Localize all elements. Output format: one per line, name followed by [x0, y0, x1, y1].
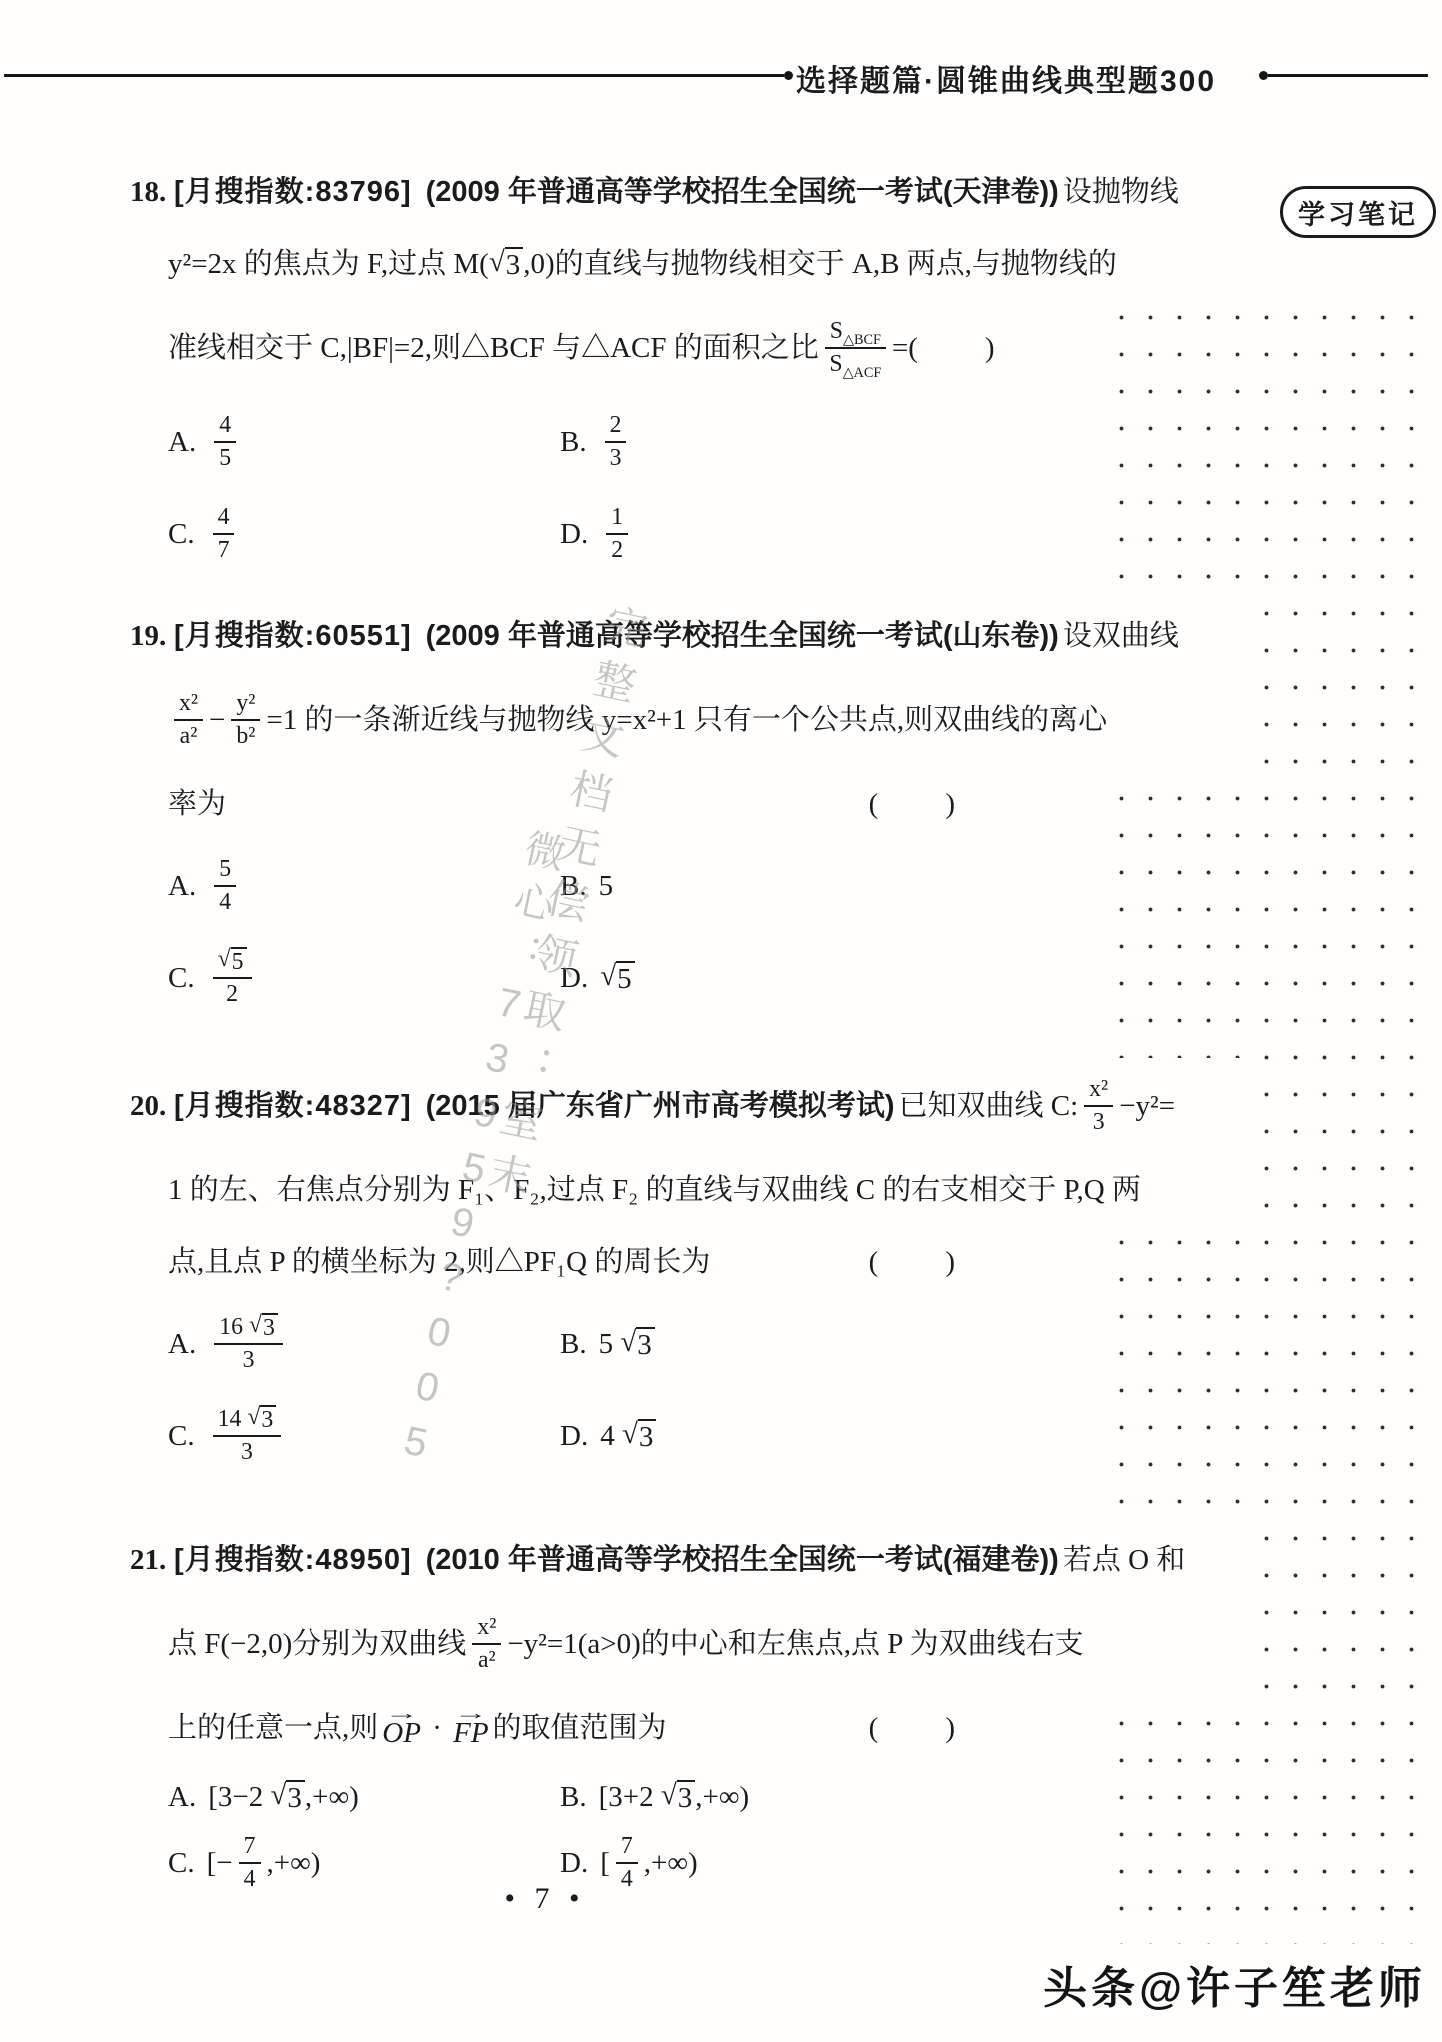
radical-sign: √ — [247, 1405, 260, 1430]
option-label: D. — [560, 962, 588, 995]
square-root: √3 — [247, 1405, 276, 1433]
option-D: D.4 √3 — [560, 1419, 656, 1452]
vector: →FP — [453, 1708, 488, 1748]
option-value: 4 √3 — [600, 1419, 656, 1452]
fraction-denominator: b² — [236, 721, 255, 750]
square-root: √3 — [249, 1313, 278, 1341]
option-C: C.14 √33 — [168, 1405, 560, 1466]
fraction-denominator: S△ACF — [829, 349, 881, 378]
fraction-denominator: 3 — [1093, 1107, 1105, 1136]
subscripted-symbol: S△ACF — [829, 351, 881, 378]
option-value: 45 — [208, 412, 242, 473]
question-line: y²=2x 的焦点为 F,过点 M(√3,0)的直线与抛物线相交于 A,B 两点… — [130, 228, 1248, 300]
options-row: C.14 √33D.4 √3 — [130, 1390, 960, 1482]
fraction-denominator: 4 — [219, 887, 231, 916]
square-root: √5 — [218, 947, 247, 975]
fraction: x²a² — [472, 1614, 501, 1675]
option-label: B. — [560, 870, 587, 903]
question-number: 21. — [130, 1542, 174, 1578]
page-title: 选择题篇·圆锥曲线典型题300 — [796, 56, 1216, 100]
answer-bracket: ( ) — [908, 330, 995, 366]
answer-bracket: ( ) — [869, 786, 956, 822]
question-text: x²a²−y²b²=1 的一条渐近线与抛物线 y=x²+1 只有一个公共点,则双… — [168, 690, 1107, 751]
subscripted-symbol: S△BCF — [830, 318, 881, 345]
question-text: 已知双曲线 C:x²3−y²= — [899, 1076, 1176, 1137]
options-row: A.16 √33B.5 √3 — [130, 1298, 960, 1390]
option-A: A.[3−2 √3,+∞) — [168, 1780, 560, 1813]
question-line: 上的任意一点,则→OP · →FP的取值范围为( ) — [130, 1692, 960, 1764]
option-label: B. — [560, 1781, 587, 1814]
fraction-numerator: 4 — [214, 412, 236, 443]
fraction: 47 — [213, 504, 235, 565]
fraction-numerator: √5 — [213, 947, 252, 979]
search-index-tag: [月搜指数:48950] — [174, 1542, 412, 1578]
radical-sign: √ — [489, 247, 505, 277]
fraction-denominator: 2 — [611, 535, 623, 564]
fraction: 54 — [214, 856, 236, 917]
option-A: A.54 — [168, 856, 560, 917]
radicand: 3 — [636, 1327, 655, 1360]
vector-arrow-icon: → — [454, 1708, 488, 1719]
option-value: [3+2 √3,+∞) — [599, 1780, 750, 1813]
square-root: √3 — [622, 1419, 656, 1452]
options-row: A.45B.23 — [130, 396, 960, 488]
fraction-denominator: a² — [478, 1645, 496, 1674]
question-line: 点,且点 P 的横坐标为 2,则△PF₁Q 的周长为( ) — [130, 1226, 960, 1298]
fraction: S△BCFS△ACF — [825, 318, 886, 379]
vector: →OP — [382, 1708, 421, 1748]
question-text: 上的任意一点,则→OP · →FP的取值范围为 — [168, 1708, 667, 1748]
square-root: √3 — [489, 247, 523, 280]
vector-body: OP — [382, 1719, 421, 1748]
question-text: y²=2x 的焦点为 F,过点 M(√3,0)的直线与抛物线相交于 A,B 两点… — [168, 246, 1117, 282]
fraction-numerator: 4 — [213, 504, 235, 535]
square-root: √3 — [270, 1780, 304, 1813]
option-value: 23 — [599, 412, 633, 473]
exam-source: (2010 年普通高等学校招生全国统一考试(福建卷)) — [426, 1542, 1059, 1578]
square-root: √3 — [661, 1780, 695, 1813]
option-value: 16 √33 — [208, 1313, 289, 1374]
fraction-denominator: 3 — [243, 1345, 255, 1374]
fraction-numerator: y² — [231, 690, 260, 721]
option-label: B. — [560, 1328, 587, 1361]
radicand: 3 — [262, 1313, 278, 1341]
fraction-numerator: x² — [472, 1614, 501, 1645]
option-label: C. — [168, 518, 195, 551]
answer-bracket: ( ) — [869, 1710, 956, 1746]
question-19: 19.[月搜指数:60551](2009 年普通高等学校招生全国统一考试(山东卷… — [130, 600, 1250, 1024]
fraction: 45 — [214, 412, 236, 473]
fraction: 16 √33 — [214, 1313, 283, 1374]
question-line: 点 F(−2,0)分别为双曲线x²a²−y²=1(a>0)的中心和左焦点,点 P… — [130, 1596, 1248, 1692]
fraction-numerator: 16 √3 — [214, 1313, 283, 1345]
option-label: D. — [560, 1420, 588, 1453]
fraction-numerator: 2 — [605, 412, 627, 443]
header-rule-left — [4, 74, 784, 77]
options-row: A.54B.5 — [130, 840, 960, 932]
radicand: 3 — [260, 1405, 276, 1433]
option-value: 14 √33 — [207, 1405, 288, 1466]
exam-source: (2015 届广东省广州市高考模拟考试) — [426, 1088, 895, 1124]
option-B: B.[3+2 √3,+∞) — [560, 1780, 749, 1813]
question-20: 20.[月搜指数:48327](2015 届广东省广州市高考模拟考试)已知双曲线… — [130, 1058, 1250, 1482]
question-text: 点 F(−2,0)分别为双曲线x²a²−y²=1(a>0)的中心和左焦点,点 P… — [168, 1614, 1084, 1675]
answer-bracket: ( ) — [869, 1244, 956, 1280]
question-number: 18. — [130, 174, 174, 210]
option-value: 12 — [600, 504, 634, 565]
question-text: 1 的左、右焦点分别为 F₁、F₂,过点 F₂ 的直线与双曲线 C 的右支相交于… — [168, 1172, 1141, 1208]
option-label: A. — [168, 1781, 196, 1814]
fraction: y²b² — [231, 690, 260, 751]
option-value: √5 — [600, 961, 634, 994]
option-D: D.√5 — [560, 961, 635, 994]
option-label: A. — [168, 1328, 196, 1361]
radicand: 3 — [677, 1780, 696, 1813]
search-index-tag: [月搜指数:60551] — [174, 618, 412, 654]
option-label: D. — [560, 1847, 588, 1880]
option-label: C. — [168, 1847, 195, 1880]
option-B: B.23 — [560, 412, 632, 473]
radical-sign: √ — [218, 947, 231, 972]
question-line: 1 的左、右焦点分别为 F₁、F₂,过点 F₂ 的直线与双曲线 C 的右支相交于… — [130, 1154, 1248, 1226]
radical-sign: √ — [622, 1419, 638, 1449]
question-line: 准线相交于 C,|BF|=2,则△BCF 与△ACF 的面积之比S△BCFS△A… — [130, 300, 960, 396]
radical-sign: √ — [249, 1313, 262, 1338]
option-C: C.√52 — [168, 947, 560, 1008]
fraction-denominator: 2 — [226, 979, 238, 1008]
fraction-numerator: 14 √3 — [213, 1405, 282, 1437]
option-A: A.45 — [168, 412, 560, 473]
radicand: 5 — [616, 961, 635, 994]
option-label: A. — [168, 870, 196, 903]
option-value: 54 — [208, 856, 242, 917]
question-line: 率为( ) — [130, 768, 960, 840]
option-B: B.5 — [560, 870, 613, 903]
option-value: √52 — [207, 947, 258, 1008]
fraction-numerator: S△BCF — [825, 318, 886, 349]
question-line: 21.[月搜指数:48950](2010 年普通高等学校招生全国统一考试(福建卷… — [130, 1524, 1248, 1596]
radical-sign: √ — [661, 1780, 677, 1810]
fraction: 12 — [606, 504, 628, 565]
fraction: √52 — [213, 947, 252, 1008]
option-label: C. — [168, 1420, 195, 1453]
option-label: B. — [560, 426, 587, 459]
fraction-denominator: a² — [180, 721, 198, 750]
question-text: 若点 O 和 — [1063, 1542, 1185, 1578]
fraction-denominator: 7 — [218, 535, 230, 564]
option-label: C. — [168, 962, 195, 995]
question-text: 准线相交于 C,|BF|=2,则△BCF 与△ACF 的面积之比S△BCFS△A… — [168, 318, 908, 379]
option-D: D.12 — [560, 504, 634, 565]
fraction-denominator: 3 — [610, 443, 622, 472]
vector-arrow-icon: → — [385, 1708, 419, 1719]
option-value: 47 — [207, 504, 241, 565]
square-root: √3 — [620, 1327, 654, 1360]
option-label: A. — [168, 426, 196, 459]
vector-body: FP — [453, 1719, 488, 1748]
radical-sign: √ — [600, 961, 616, 991]
study-notes-badge: 学习笔记 — [1280, 186, 1436, 238]
question-text: 设双曲线 — [1063, 618, 1179, 654]
radicand: 5 — [231, 947, 247, 975]
question-text: 设抛物线 — [1063, 174, 1179, 210]
question-line: 18.[月搜指数:83796](2009 年普通高等学校招生全国统一考试(天津卷… — [130, 156, 1248, 228]
question-21: 21.[月搜指数:48950](2010 年普通高等学校招生全国统一考试(福建卷… — [130, 1524, 1250, 1896]
fraction: 23 — [605, 412, 627, 473]
option-C: C.47 — [168, 504, 560, 565]
question-line: 20.[月搜指数:48327](2015 届广东省广州市高考模拟考试)已知双曲线… — [130, 1058, 1248, 1154]
options-row: C.47D.12 — [130, 488, 960, 580]
fraction-numerator: 5 — [214, 856, 236, 887]
bottom-watermark: 头条@许子笙老师 — [1043, 1952, 1426, 2016]
radicand: 3 — [505, 247, 524, 280]
search-index-tag: [月搜指数:83796] — [174, 174, 412, 210]
exam-source: (2009 年普通高等学校招生全国统一考试(天津卷)) — [426, 174, 1059, 210]
fraction: x²a² — [174, 690, 203, 751]
options-row: C.√52D.√5 — [130, 932, 960, 1024]
fraction-numerator: 1 — [606, 504, 628, 535]
radicand: 3 — [286, 1780, 305, 1813]
question-text: 率为 — [168, 786, 226, 822]
question-line: 19.[月搜指数:60551](2009 年普通高等学校招生全国统一考试(山东卷… — [130, 600, 1248, 672]
option-value: 5 √3 — [599, 1327, 655, 1360]
option-value: 5 — [599, 870, 614, 903]
fraction-numerator: 7 — [239, 1833, 261, 1864]
option-B: B.5 √3 — [560, 1327, 655, 1360]
subscript: △BCF — [843, 331, 881, 347]
exam-source: (2009 年普通高等学校招生全国统一考试(山东卷)) — [426, 618, 1059, 654]
question-number: 20. — [130, 1088, 174, 1124]
search-index-tag: [月搜指数:48327] — [174, 1088, 412, 1124]
fraction-numerator: x² — [174, 690, 203, 721]
subscript: △ACF — [843, 365, 882, 381]
square-root: √5 — [600, 961, 634, 994]
radicand: 3 — [638, 1419, 657, 1452]
fraction-numerator: x² — [1084, 1076, 1113, 1107]
question-text: 点,且点 P 的横坐标为 2,则△PF₁Q 的周长为 — [168, 1244, 710, 1280]
fraction-numerator: 7 — [616, 1833, 638, 1864]
fraction: x²3 — [1084, 1076, 1113, 1137]
question-line: x²a²−y²b²=1 的一条渐近线与抛物线 y=x²+1 只有一个公共点,则双… — [130, 672, 1248, 768]
option-value: [3−2 √3,+∞) — [208, 1780, 359, 1813]
workbook-page: 选择题篇·圆锥曲线典型题300 学习笔记 18.[月搜指数:83796](200… — [0, 0, 1442, 2042]
question-18: 18.[月搜指数:83796](2009 年普通高等学校招生全国统一考试(天津卷… — [130, 156, 1250, 580]
option-label: D. — [560, 518, 588, 551]
fraction-denominator: 3 — [241, 1437, 253, 1466]
fraction-denominator: 5 — [219, 443, 231, 472]
page-number: • 7 • — [130, 1882, 960, 1916]
radical-sign: √ — [620, 1327, 636, 1357]
option-A: A.16 √33 — [168, 1313, 560, 1374]
question-number: 19. — [130, 618, 174, 654]
radical-sign: √ — [270, 1780, 286, 1810]
options-row: A.[3−2 √3,+∞)B.[3+2 √3,+∞) — [130, 1764, 960, 1830]
fraction: 14 √33 — [213, 1405, 282, 1466]
header-rule-right — [1268, 74, 1428, 77]
